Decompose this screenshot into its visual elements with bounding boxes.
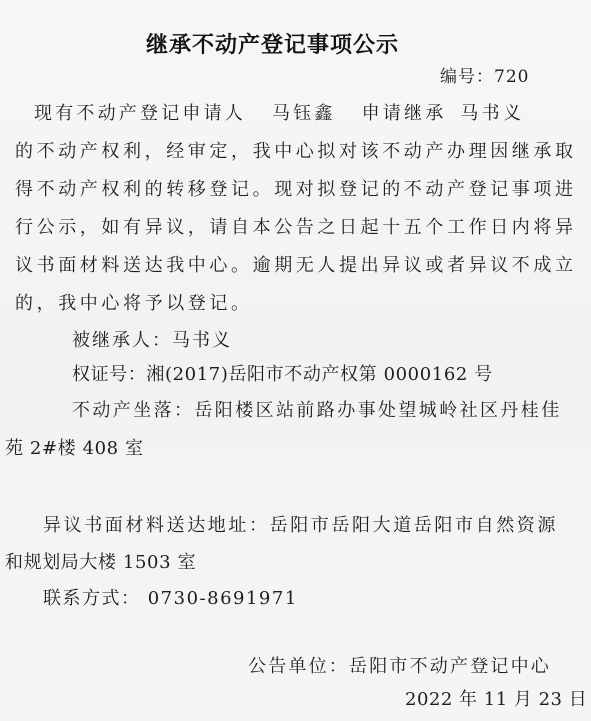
body-line-3: 得不动产权利的转移登记。现对拟登记的不动产登记事项进	[15, 175, 577, 201]
objection-address-line-2: 和规划局大楼 1503 室	[5, 548, 196, 574]
body-line-6: 的，我中心将予以登记。	[15, 289, 253, 315]
body-line-1-prefix: 现有不动产登记申请人	[34, 103, 246, 124]
decedent-line: 被继承人：马书义	[72, 326, 232, 352]
issuer-line: 公告单位：岳阳市不动产登记中心	[248, 652, 551, 678]
location-line-1: 不动产坐落：岳阳楼区站前路办事处望城岭社区丹桂佳	[72, 396, 562, 422]
certificate-line: 权证号：湘(2017)岳阳市不动产权第 0000162 号	[72, 360, 493, 386]
body-line-2: 的不动产权利，经审定，我中心拟对该不动产办理因继承取	[15, 137, 577, 163]
contact-line: 联系方式： 0730-8691971	[43, 584, 298, 610]
body-line-4: 行公示，如有异议，请自本公告之日起十五个工作日内将异	[15, 213, 577, 239]
applicant-name: 马钰鑫	[272, 103, 336, 124]
document-page: 继承不动产登记事项公示 编号：720 现有不动产登记申请人马钰鑫申请继承马书义 …	[0, 0, 591, 721]
body-line-1-mid: 申请继承	[362, 103, 447, 124]
document-title: 继承不动产登记事项公示	[146, 28, 399, 59]
objection-address-line-1: 异议书面材料送达地址：岳阳市岳阳大道岳阳市自然资源	[43, 511, 558, 537]
decedent-name: 马书义	[460, 103, 524, 124]
location-line-2: 苑 2#楼 408 室	[5, 434, 144, 460]
document-number: 编号：720	[440, 62, 529, 87]
body-line-5: 议书面材料送达我中心。逾期无人提出异议或者异议不成立	[15, 251, 577, 277]
date-line: 2022 年 11 月 23 日	[405, 685, 587, 711]
body-line-1: 现有不动产登记申请人马钰鑫申请继承马书义	[34, 99, 524, 125]
